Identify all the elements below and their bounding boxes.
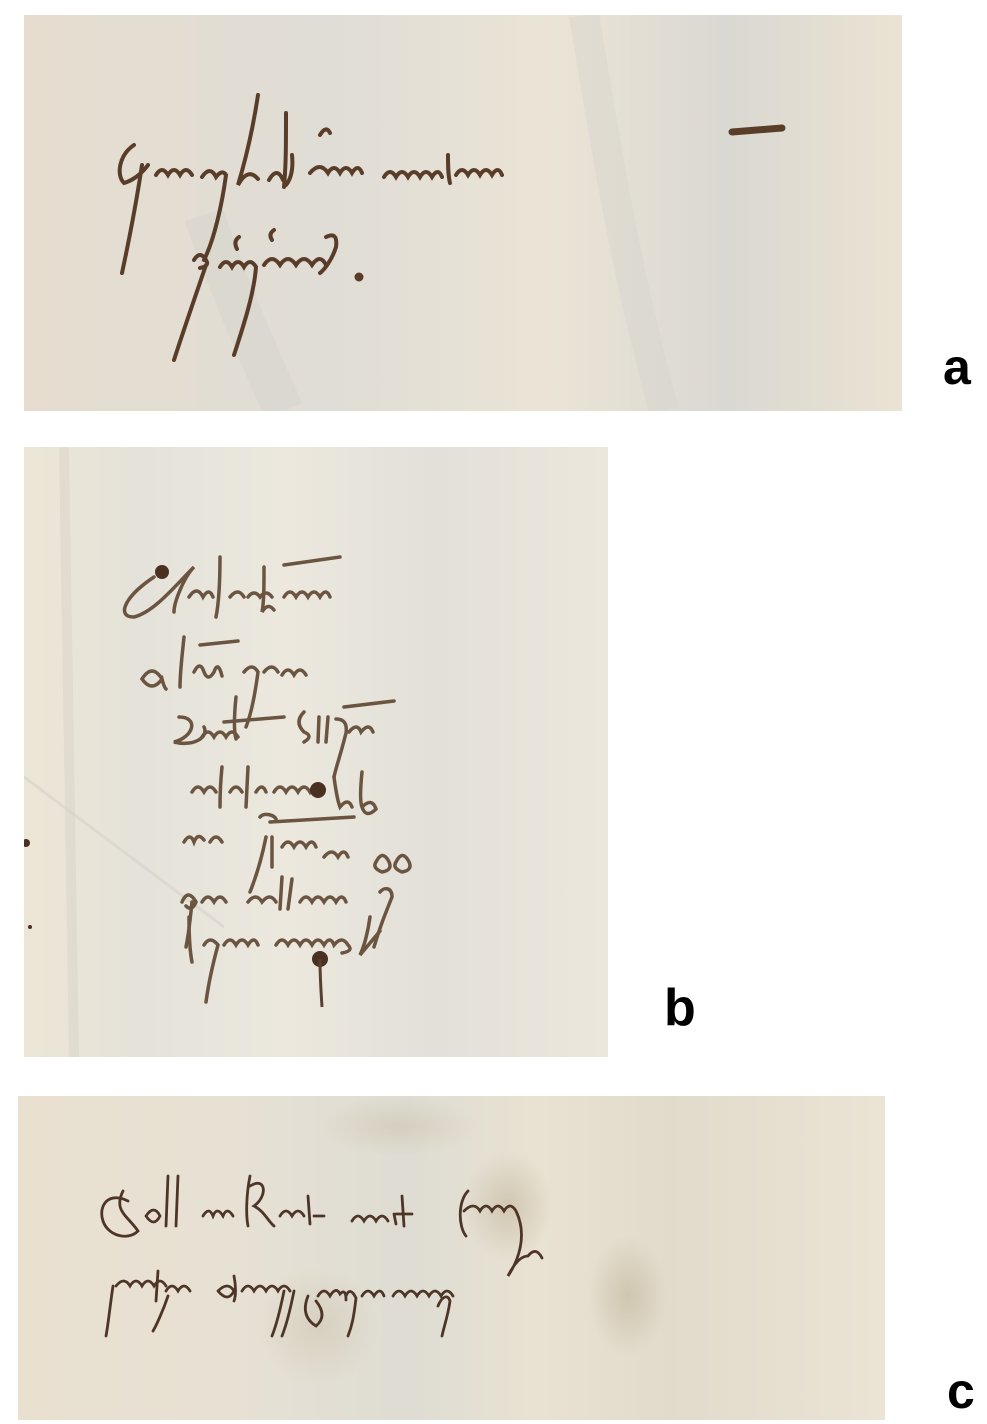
panel-label-a: a [943,342,971,392]
handwriting-a [24,15,902,411]
handwriting-b [24,447,608,1057]
panel-label-b: b [664,982,696,1034]
manuscript-panel-c: Soll ein Kraut mit Brungen stengeln dara… [18,1096,885,1420]
manuscript-panel-a: Gnaphalium montanum purpureum. [24,15,902,411]
panel-label-c: c [947,1366,975,1416]
handwriting-c [18,1096,885,1420]
manuscript-panel-b: Anthirrhinum album pp ter sericea siliqu… [24,447,608,1057]
